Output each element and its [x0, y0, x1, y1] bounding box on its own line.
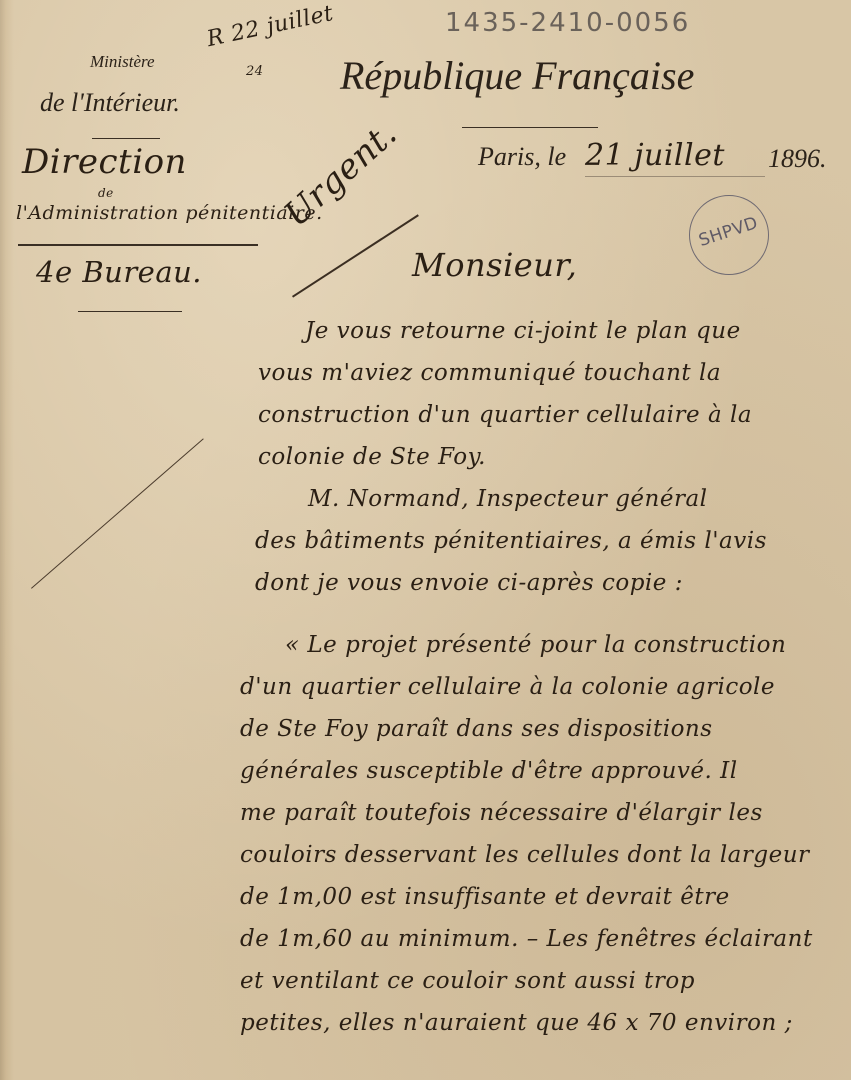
body-line: vous m'aviez communiqué touchant la — [258, 360, 721, 386]
stamp-text: SHPVD — [696, 213, 760, 251]
margin-diagonal-line — [31, 438, 204, 588]
received-annotation: R 22 juillet — [205, 1, 336, 52]
body-line: M. Normand, Inspecteur général — [308, 486, 708, 512]
body-line: colonie de Ste Foy. — [258, 444, 486, 470]
quote-line: de Ste Foy paraît dans ses dispositions — [240, 716, 713, 742]
direction-label: Direction — [22, 142, 187, 182]
quote-line: d'un quartier cellulaire à la colonie ag… — [240, 674, 775, 700]
quote-line: « Le projet présenté pour la constructio… — [285, 632, 786, 658]
bureau-label: 4e Bureau. — [36, 255, 202, 289]
archive-reference: 1435-2410-0056 — [445, 8, 690, 38]
date-handwritten: 21 juillet — [585, 138, 725, 173]
quote-line: de 1m,60 au minimum. – Les fenêtres écla… — [240, 926, 813, 952]
quote-line: couloirs desservant les cellules dont la… — [240, 842, 810, 868]
urgent-annotation: Urgent. — [277, 114, 405, 235]
quote-line: de 1m,00 est insuffisante et devrait êtr… — [240, 884, 730, 910]
divider — [18, 244, 258, 246]
direction-de: de — [98, 186, 114, 200]
body-line: Je vous retourne ci-joint le plan que — [305, 318, 741, 344]
body-line: des bâtiments pénitentiaires, a émis l'a… — [255, 528, 767, 554]
ornamental-divider — [462, 127, 598, 128]
quote-line: générales susceptible d'être approuvé. I… — [240, 758, 738, 784]
quote-line: me paraît toutefois nécessaire d'élargir… — [240, 800, 763, 826]
salutation: Monsieur, — [412, 246, 577, 284]
body-line: dont je vous envoie ci-après copie : — [255, 570, 683, 596]
ministry-name: de l'Intérieur. — [40, 88, 180, 118]
body-line: construction d'un quartier cellulaire à … — [258, 402, 752, 428]
republic-heading: République Française — [340, 52, 694, 99]
divider — [78, 311, 182, 312]
quote-line: et ventilant ce couloir sont aussi trop — [240, 968, 695, 994]
date-line — [585, 176, 765, 177]
quote-line: petites, elles n'auraient que 46 x 70 en… — [240, 1010, 793, 1036]
archive-stamp: SHPVD — [689, 195, 769, 275]
place-date-prefix: Paris, le — [478, 142, 566, 172]
received-sub-annotation: 24 — [246, 64, 264, 79]
ministry-label: Ministère — [90, 52, 155, 72]
year: 1896. — [768, 144, 827, 174]
divider — [92, 138, 160, 139]
